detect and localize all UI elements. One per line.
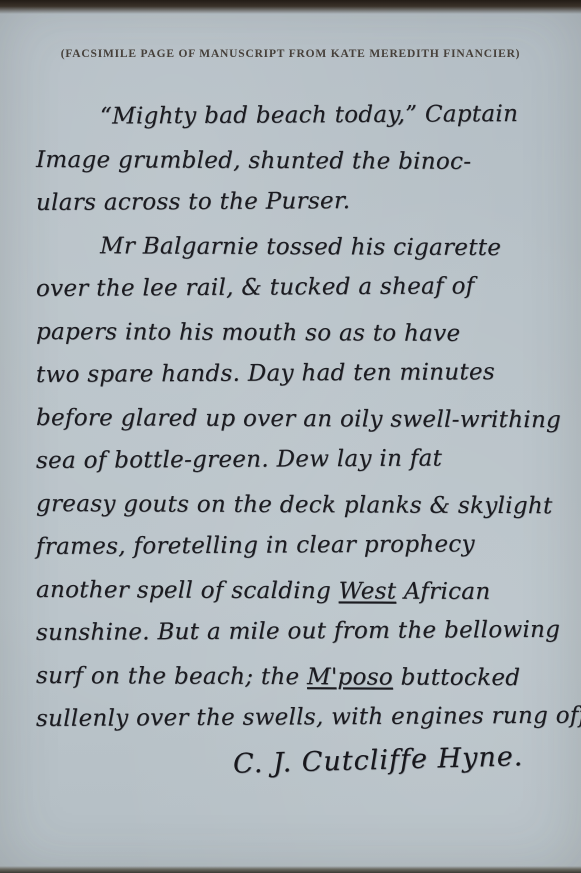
handwritten-text: before glared up over an oily swell-writ… — [36, 405, 561, 433]
photo-edge-bottom — [0, 866, 581, 873]
manuscript-line: “Mighty bad beach today,” Captain — [36, 93, 555, 139]
manuscript-line: before glared up over an oily swell-writ… — [36, 397, 555, 442]
manuscript-line: sullenly over the swells, with engines r… — [36, 695, 555, 741]
handwritten-text: buttocked — [393, 665, 520, 692]
manuscript-line: sea of bottle-green. Dew lay in fat — [36, 437, 555, 483]
manuscript-line: Mr Balgarnie tossed his cigarette — [36, 225, 555, 270]
handwritten-text: “Mighty bad beach today,” Captain — [100, 101, 518, 130]
manuscript-line: two spare hands. Day had ten minutes — [36, 351, 555, 397]
facsimile-page: (FACSIMILE PAGE OF MANUSCRIPT FROM KATE … — [0, 0, 581, 873]
handwritten-text: ulars across to the Purser. — [36, 188, 350, 216]
handwritten-text: frames, foretelling in clear prophecy — [36, 531, 475, 560]
handwritten-text: Mr Balgarnie tossed his cigarette — [100, 233, 501, 261]
handwritten-text: another spell of scalding — [36, 577, 339, 604]
author-signature: C. J. Cutcliffe Hyne. — [232, 741, 523, 780]
handwritten-text: African — [396, 579, 490, 605]
manuscript-line: papers into his mouth so as to have — [36, 311, 555, 356]
handwritten-text: sullenly over the swells, with engines r… — [36, 703, 581, 732]
manuscript-line: Image grumbled, shunted the binoc- — [36, 139, 555, 184]
manuscript-lines: “Mighty bad beach today,” CaptainImage g… — [36, 96, 555, 741]
manuscript-line: sunshine. But a mile out from the bellow… — [36, 609, 555, 655]
handwritten-text: surf on the beach; the — [36, 663, 307, 690]
manuscript-line: ulars across to the Purser. — [36, 179, 555, 225]
manuscript-line: surf on the beach; the M'poso buttocked — [36, 655, 555, 700]
plate-caption: (FACSIMILE PAGE OF MANUSCRIPT FROM KATE … — [0, 48, 581, 60]
manuscript-line: over the lee rail, & tucked a sheaf of — [36, 265, 555, 311]
handwritten-text: sea of bottle-green. Dew lay in fat — [36, 446, 442, 474]
manuscript-line: another spell of scalding West African — [36, 569, 555, 614]
handwritten-text: Image grumbled, shunted the binoc- — [36, 147, 471, 175]
underlined-word: M'poso — [307, 664, 393, 690]
handwritten-text: papers into his mouth so as to have — [36, 319, 461, 347]
handwritten-text: sunshine. But a mile out from the bellow… — [36, 617, 560, 646]
underlined-word: West — [339, 578, 397, 604]
handwritten-text: two spare hands. Day had ten minutes — [36, 359, 495, 388]
handwritten-text: greasy gouts on the deck planks & skylig… — [36, 491, 553, 519]
manuscript-line: frames, foretelling in clear prophecy — [36, 523, 555, 569]
photo-edge-top — [0, 0, 581, 14]
manuscript-line: greasy gouts on the deck planks & skylig… — [36, 483, 555, 528]
handwritten-text: over the lee rail, & tucked a sheaf of — [36, 273, 475, 302]
